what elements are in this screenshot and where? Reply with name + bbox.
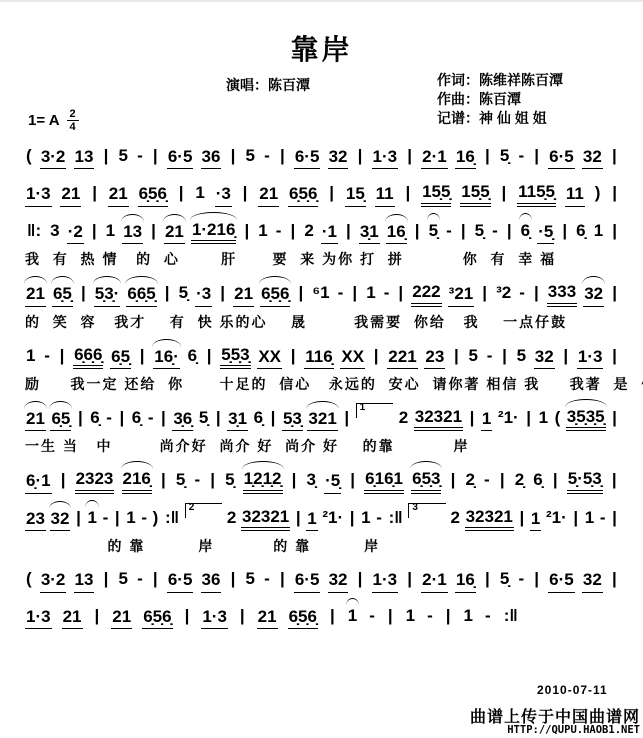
note-token: 21 [111,607,132,629]
singer-credit: 演唱：陈百潭 [226,75,310,95]
barline: | [459,221,468,244]
note-token: 1 [257,221,268,244]
barline: | [241,183,250,206]
note-token: - [445,221,453,244]
key-signature: 1= A 2 4 [28,108,79,133]
note-token: 13 [122,222,143,244]
note-token: 3̣1 [359,222,380,244]
note-token: 1 [405,606,416,629]
note-token: 5̣·5̣3̣ [567,469,603,493]
note-token: 6·5 [548,570,575,592]
note-token: 5 [118,146,129,169]
music-row: ‖:3·2|113|211·216̣|1-|2·1|3̣116̣|5̣-|5̣-… [25,220,619,244]
lyrics-line: 一生 当 中 尚介好 尚介 好 尚介 好 的靠 岸 [25,436,619,456]
barline: | [290,470,299,493]
note-token: 5̣ [175,470,186,493]
note-token: 5̣ [499,569,510,592]
barline: | [610,408,619,431]
note-token: 6̣ [575,221,586,244]
note-token: 23 [424,347,445,369]
note-token: 3̣5̣3̣5̣ [566,407,606,431]
barline: | [610,283,619,306]
note-token: 5̣ [178,283,189,306]
note-token: 15̣ [345,184,366,206]
lyrics-line: 励 我一定 还给 你 十足的 信心 永远的 安心 请你著 相信 我 我著 是 你 [25,374,619,394]
score-line: 1-|6̣6̣6̣6̣5̣|16̣·6̣|5̣5̣3̣XX|116̣XX|221… [25,345,619,394]
note-token: 5̣ [499,146,510,169]
barline: | [348,508,357,531]
note-token: ²1· [545,508,568,531]
score-line: 1·321|216̣5̣6̣|1·3|216̣5̣6̣|1-|1-|1-:‖ [25,606,619,629]
time-numerator: 2 [67,108,79,121]
note-token: ( [25,569,33,592]
barline: | [561,346,570,369]
transcriber-credit: 记谱：神 仙 姐 姐 [437,109,563,128]
barline: | [350,283,359,306]
note-token: - [518,283,526,306]
music-row: 216̣5̣|5̣3̣·6̣6̣5̣|5̣·3|216̣5̣6̣|⁶1-|1-|… [25,282,619,306]
note-token: 6̣ [131,408,142,431]
note-token: 32321 [241,507,290,531]
music-row: 216̣5̣|6̣-|6̣-|3̣6̣5̣|3̣16̣|5̣3̣321|1232… [25,407,619,431]
barline: | [413,221,422,244]
barline: | [269,408,278,431]
score-line: 2332|1-|1-):‖2232321|1²1·|1-:‖3232321|1²… [25,507,619,556]
credits-block: 作词：陈维祥陈百潭 作曲：陈百潭 记谱：神 仙 姐 姐 [437,71,563,128]
note-token: 222 [411,282,441,306]
barline: | [208,470,217,493]
barline: | [59,470,68,493]
barline: | [532,283,541,306]
barline: | [444,606,453,629]
note-token: 36 [201,147,222,169]
note-token: 6̣5̣ [110,347,131,369]
barline: | [372,346,381,369]
barline: | [297,283,306,306]
note-token: ·5̣ [324,471,341,493]
barline: | [163,283,172,306]
note-token: 32 [50,509,71,531]
note-token: - [337,283,345,306]
barline: | [405,569,414,592]
barline: | [449,470,458,493]
barline: | [294,508,303,531]
note-token: - [517,569,525,592]
note-token: ) [594,183,602,206]
barline: | [610,470,619,493]
note-token: - [136,569,144,592]
lyricist-credit: 作词：陈维祥陈百潭 [437,71,563,90]
note-token: 1 [584,508,595,531]
note-token: 5 [245,146,256,169]
barline: | [151,569,160,592]
note-token: 3·2 [40,570,67,592]
note-token: - [483,470,491,493]
note-token: 1·3 [372,570,399,592]
note-token: - [491,221,499,244]
note-token: 216̣ [122,469,152,493]
barline: | [238,606,247,629]
barline: | [90,183,99,206]
note-token: - [599,508,607,531]
note-token: 6̣5̣6̣ [138,184,168,206]
watermark-url: HTTP://QUPU.HAOB1.NET [507,724,640,736]
note-token: 21 [25,409,46,431]
score-line: (3·213|5-|6·536|5-|6·532|1·3|2·116̣|5̣-|… [25,146,619,169]
lyrics-line: 的 笑 容 我才 有 快 乐的心 晟 我需要 你给 我 一点仔鼓 [25,312,619,332]
barline: | [610,183,619,206]
note-token: 6̣5̣6̣ [142,607,172,629]
volta-bracket: 3 [408,503,446,518]
note-token: 32 [534,347,555,369]
note-token: XX [257,347,282,369]
barline: | [403,183,412,206]
note-token: 2·1 [421,147,448,169]
note-token: 15̣5̣ [460,182,490,206]
note-token: ) [152,508,160,531]
barline: | [90,221,99,244]
score-line: 216̣5̣|6̣-|6̣-|3̣6̣5̣|3̣16̣|5̣3̣321|1232… [25,407,619,456]
note-token: 1 [530,509,541,531]
volta-bracket: 2 [185,503,223,518]
note-token: 6·5 [167,147,194,169]
note-token: 1 [125,508,136,531]
note-token: 1 [538,408,549,431]
note-token: 6̣ [89,408,100,431]
barline: | [560,221,569,244]
note-token: - [517,146,525,169]
note-token: 16̣ [386,222,407,244]
barline: | [93,606,102,629]
note-token: 6·5 [548,147,575,169]
note-token: XX [340,347,365,369]
barline: | [328,606,337,629]
note-token: 21 [257,607,278,629]
note-token: 32 [582,570,603,592]
music-row: 1-|6̣6̣6̣6̣5̣|16̣·6̣|5̣5̣3̣XX|116̣XX|221… [25,345,619,369]
note-token: 1 [86,508,97,531]
note-token: 1 [463,606,474,629]
note-token: 21 [60,184,81,206]
note-token: ·1 [321,222,338,244]
song-title: 靠岸 [0,28,643,68]
note-token: 5̣ [474,221,485,244]
note-token: 21 [108,184,129,206]
note-token: 16̣· [153,347,180,369]
note-token: ·5̣ [537,222,554,244]
barline: | [229,146,238,169]
lyrics-line: 我 有 热 情 的 心 肝 要 来 为你 打 拼 你 有 幸 福 [25,249,619,269]
note-token: 1·3 [25,607,52,629]
note-token: 23 [25,509,46,531]
note-token: ( [25,146,33,169]
barline: | [218,283,227,306]
barline: | [138,346,147,369]
note-token: 3·2 [40,147,67,169]
barline: | [500,346,509,369]
score-line: 1·321|216̣5̣6̣|1·3|216̣5̣6̣|15̣11|15̣5̣1… [25,182,619,206]
barline: | [498,470,507,493]
note-token: 2̣ [514,470,525,493]
note-token: 3̣6̣ [172,409,193,431]
note-token: 11 [565,184,585,206]
note-token: 21 [164,222,185,244]
note-token: - [368,606,376,629]
note-token: ³2 [495,283,512,306]
note-token: ³21 [448,284,475,306]
score-line: ‖:3·2|113|211·216̣|1-|2·1|3̣116̣|5̣-|5̣-… [25,220,619,269]
music-row: 1·321|216̣5̣6̣|1·3|216̣5̣6̣|1-|1-|1-:‖ [25,606,511,629]
barline: | [532,146,541,169]
note-token: - [484,606,492,629]
note-token: 333 [547,282,577,306]
barline: | [518,508,527,531]
note-token: ⁶1 [311,283,330,306]
barline: | [278,146,287,169]
note-token: 16̣ [455,147,476,169]
note-token: 6̣ [532,470,543,493]
note-token: - [140,508,148,531]
barline: | [532,569,541,592]
note-token: 1 [194,183,205,206]
barline: | [396,283,405,306]
barline: | [344,221,353,244]
note-token: 1·3 [372,147,399,169]
note-token: 6·5 [167,570,194,592]
barline: ‖: [25,221,43,244]
note-token: 3̣ [305,470,316,493]
barline: | [76,408,85,431]
note-token: 21 [258,184,279,206]
note-token: 2 [303,221,314,244]
note-token: 6̣5̣6̣ [288,607,318,629]
note-token: 21 [233,284,254,306]
note-token: 1 [365,283,376,306]
note-token: 32321 [414,407,463,431]
note-token: 6̣6̣6̣ [73,345,103,369]
note-token: 6̣ [253,408,264,431]
note-token: 5 [118,569,129,592]
note-token: - [275,221,283,244]
note-token: 32 [582,147,603,169]
note-token: 115̣5̣ [517,182,556,206]
note-token: - [383,283,391,306]
note-token: 2·1 [421,570,448,592]
barline: | [159,408,168,431]
barline: | [102,146,111,169]
barline: | [610,569,619,592]
note-token: 6̣5̣6̣ [260,284,290,306]
note-token: 2̣ [464,470,475,493]
barline: | [183,606,192,629]
note-token: 5 [245,569,256,592]
note-token: 1 [306,509,317,531]
note-token: - [375,508,383,531]
note-token: - [486,346,494,369]
note-token: 321 [307,409,337,431]
barline: :‖ [163,508,181,531]
barline: | [505,221,514,244]
time-denominator: 4 [70,121,76,133]
key-label: 1= A [28,112,60,129]
note-token: ( [554,408,562,431]
note-token: 2323 [75,469,115,493]
score-line: 216̣5̣|5̣3̣·6̣6̣5̣|5̣·3|216̣5̣6̣|⁶1-|1-|… [25,282,619,331]
barline: | [610,508,619,531]
note-token: ·3 [195,284,212,306]
note-token: 32 [328,147,349,169]
note-token: 32 [583,284,604,306]
music-row: 2332|1-|1-):‖2232321|1²1·|1-:‖3232321|1²… [25,507,619,531]
barline: | [327,183,336,206]
note-token: 32 [328,570,349,592]
barline: | [356,146,365,169]
note-token: 6̣ [520,221,531,244]
note-token: 6̣5̣6̣ [288,184,318,206]
note-token: - [193,470,201,493]
note-token: 13 [74,147,95,169]
note-token: 6̣5̣3̣ [411,469,441,493]
note-token: 5̣ [428,221,439,244]
barline: | [289,346,298,369]
music-row: (3·213|5-|6·536|5-|6·532|1·3|2·116̣|5̣-|… [25,146,619,169]
note-token: 221 [387,347,417,369]
note-token: ²1· [497,408,520,431]
barline: | [79,283,88,306]
note-token: - [105,408,113,431]
barline: | [348,470,357,493]
barline: | [342,408,351,431]
note-token: 6̣16̣1 [364,469,404,493]
note-token: 1 [105,221,116,244]
barline: | [524,408,533,431]
barline: | [159,470,168,493]
note-token: 21 [62,607,83,629]
note-token: 2 [226,508,237,531]
barline: | [151,146,160,169]
note-token: 5 [516,346,527,369]
barline: :‖ [502,606,520,629]
note-token: 116̣ [304,347,333,369]
note-token: - [136,146,144,169]
note-token: 6̣·1 [25,471,52,493]
note-token: 36 [201,570,222,592]
note-token: 5̣5̣3̣ [220,345,250,369]
note-token: 1 [360,508,371,531]
barline: | [102,569,111,592]
barline: | [452,346,461,369]
score-line: (3·213|5-|6·536|5-|6·532|1·3|2·116̣|5̣-|… [25,569,619,592]
barline: | [117,408,126,431]
barline: | [405,146,414,169]
barline: | [205,346,214,369]
music-row: (3·213|5-|6·536|5-|6·532|1·3|2·116̣|5̣-|… [25,569,619,592]
note-token: 6·5 [294,147,321,169]
note-token: 21 [25,284,46,306]
note-token: 1·3 [577,347,604,369]
note-token: 2 [450,508,461,531]
music-row: 6̣·1|2323216̣|5̣-|5̣1̣2̣1̣2̣|3̣·5̣|6̣16̣… [25,469,619,493]
barline: :‖ [387,508,405,531]
note-token: ·2 [67,222,84,244]
note-token: 1̣2̣1̣2̣ [243,469,283,493]
note-token: ²1· [321,508,344,531]
note-token: 1 [25,346,36,369]
barline: | [58,346,67,369]
music-row: 1·321|216̣5̣6̣|1·3|216̣5̣6̣|15̣11|15̣5̣1… [25,182,619,206]
note-token: 15̣5̣ [421,182,451,206]
score-line: 6̣·1|2323216̣|5̣-|5̣1̣2̣1̣2̣|3̣·5̣|6̣16̣… [25,469,619,493]
note-token: ·3 [215,184,232,206]
barline: | [356,569,365,592]
note-token: 5 [468,346,479,369]
note-token: - [43,346,51,369]
barline: | [242,221,251,244]
barline: | [468,408,477,431]
barline: | [500,183,509,206]
note-token: 3 [49,221,60,244]
note-token: 13 [74,570,95,592]
lyrics-line: 的 靠 岸 的 靠 岸 [25,536,619,556]
note-token: 1·3 [25,184,52,206]
time-signature: 2 4 [67,108,79,133]
note-token: 1·216̣ [191,220,236,244]
barline: | [483,146,492,169]
composer-credit: 作曲：陈百潭 [437,90,563,109]
barline: | [177,183,186,206]
barline: | [610,146,619,169]
note-token: 5̣ [198,408,209,431]
note-token: - [102,508,110,531]
barline: | [149,221,158,244]
note-token: 6̣6̣5̣ [126,284,156,306]
note-token: 16̣ [455,570,476,592]
transcription-date: 2010-07-11 [537,683,608,697]
barline: | [571,508,580,531]
score: (3·213|5-|6·536|5-|6·532|1·3|2·116̣|5̣-|… [25,146,619,642]
note-token: - [426,606,434,629]
note-token: 6̣5̣ [52,284,73,306]
note-token: 5̣3̣ [282,409,303,431]
note-token: 1 [481,409,492,431]
note-token: 2 [398,408,409,431]
barline: | [113,508,122,531]
barline: | [551,470,560,493]
barline: | [610,346,619,369]
note-token: 1 [347,606,358,629]
barline: | [214,408,223,431]
barline: | [386,606,395,629]
note-token: 1 [593,221,604,244]
barline: | [480,283,489,306]
barline: | [289,221,298,244]
note-token: 6·5 [294,570,321,592]
note-token: 32321 [465,507,514,531]
barline: | [483,569,492,592]
note-token: 11 [375,184,395,206]
barline: | [74,508,83,531]
note-token: - [147,408,155,431]
note-token: 5̣ [224,470,235,493]
note-token: 6̣ [187,346,198,369]
note-token: 5̣3̣· [94,284,121,306]
note-token: 6̣5̣ [50,409,71,431]
barline: | [278,569,287,592]
note-token: - [263,569,271,592]
barline: | [229,569,238,592]
note-token: - [263,146,271,169]
note-token: 3̣1 [227,409,248,431]
